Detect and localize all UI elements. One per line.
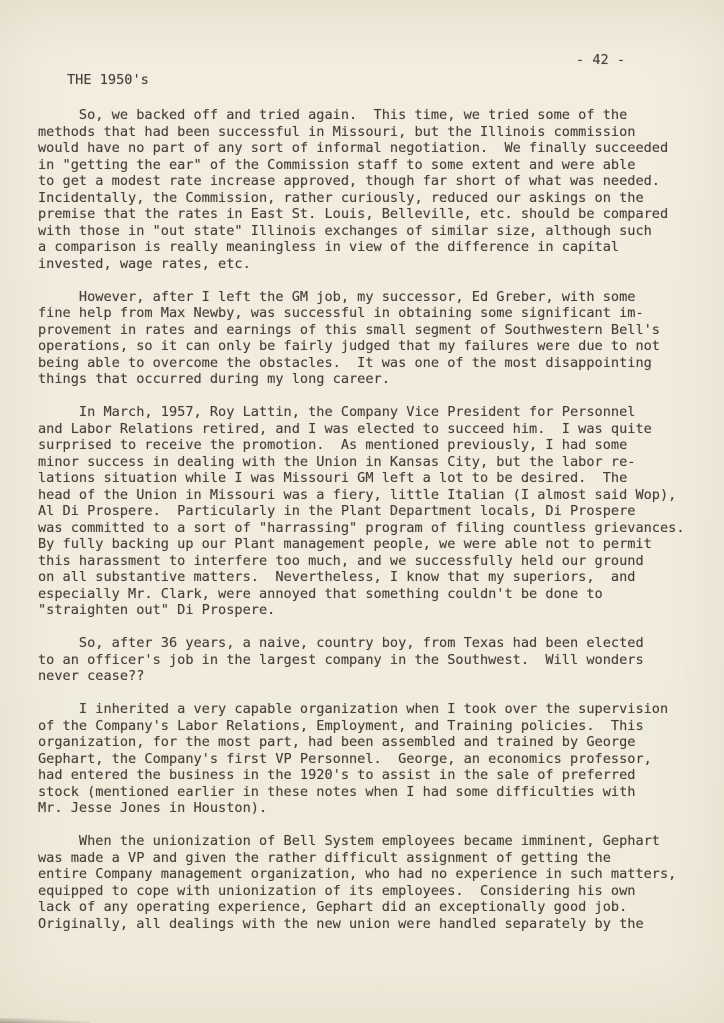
paragraph: I inherited a very capable organization … [38,701,706,817]
paragraph: When the unionization of Bell System emp… [38,833,706,932]
body-text: So, we backed off and tried again. This … [38,107,706,949]
paragraph: However, after I left the GM job, my suc… [38,289,706,388]
paragraph: In March, 1957, Roy Lattin, the Company … [38,404,706,619]
page-number: - 42 - [576,52,625,68]
section-heading: THE 1950's [67,72,149,88]
scan-edge-artifact [0,1018,90,1023]
document-page: - 42 - THE 1950's So, we backed off and … [0,0,724,1023]
paragraph: So, after 36 years, a naive, country boy… [38,635,706,685]
paragraph: So, we backed off and tried again. This … [38,107,706,272]
